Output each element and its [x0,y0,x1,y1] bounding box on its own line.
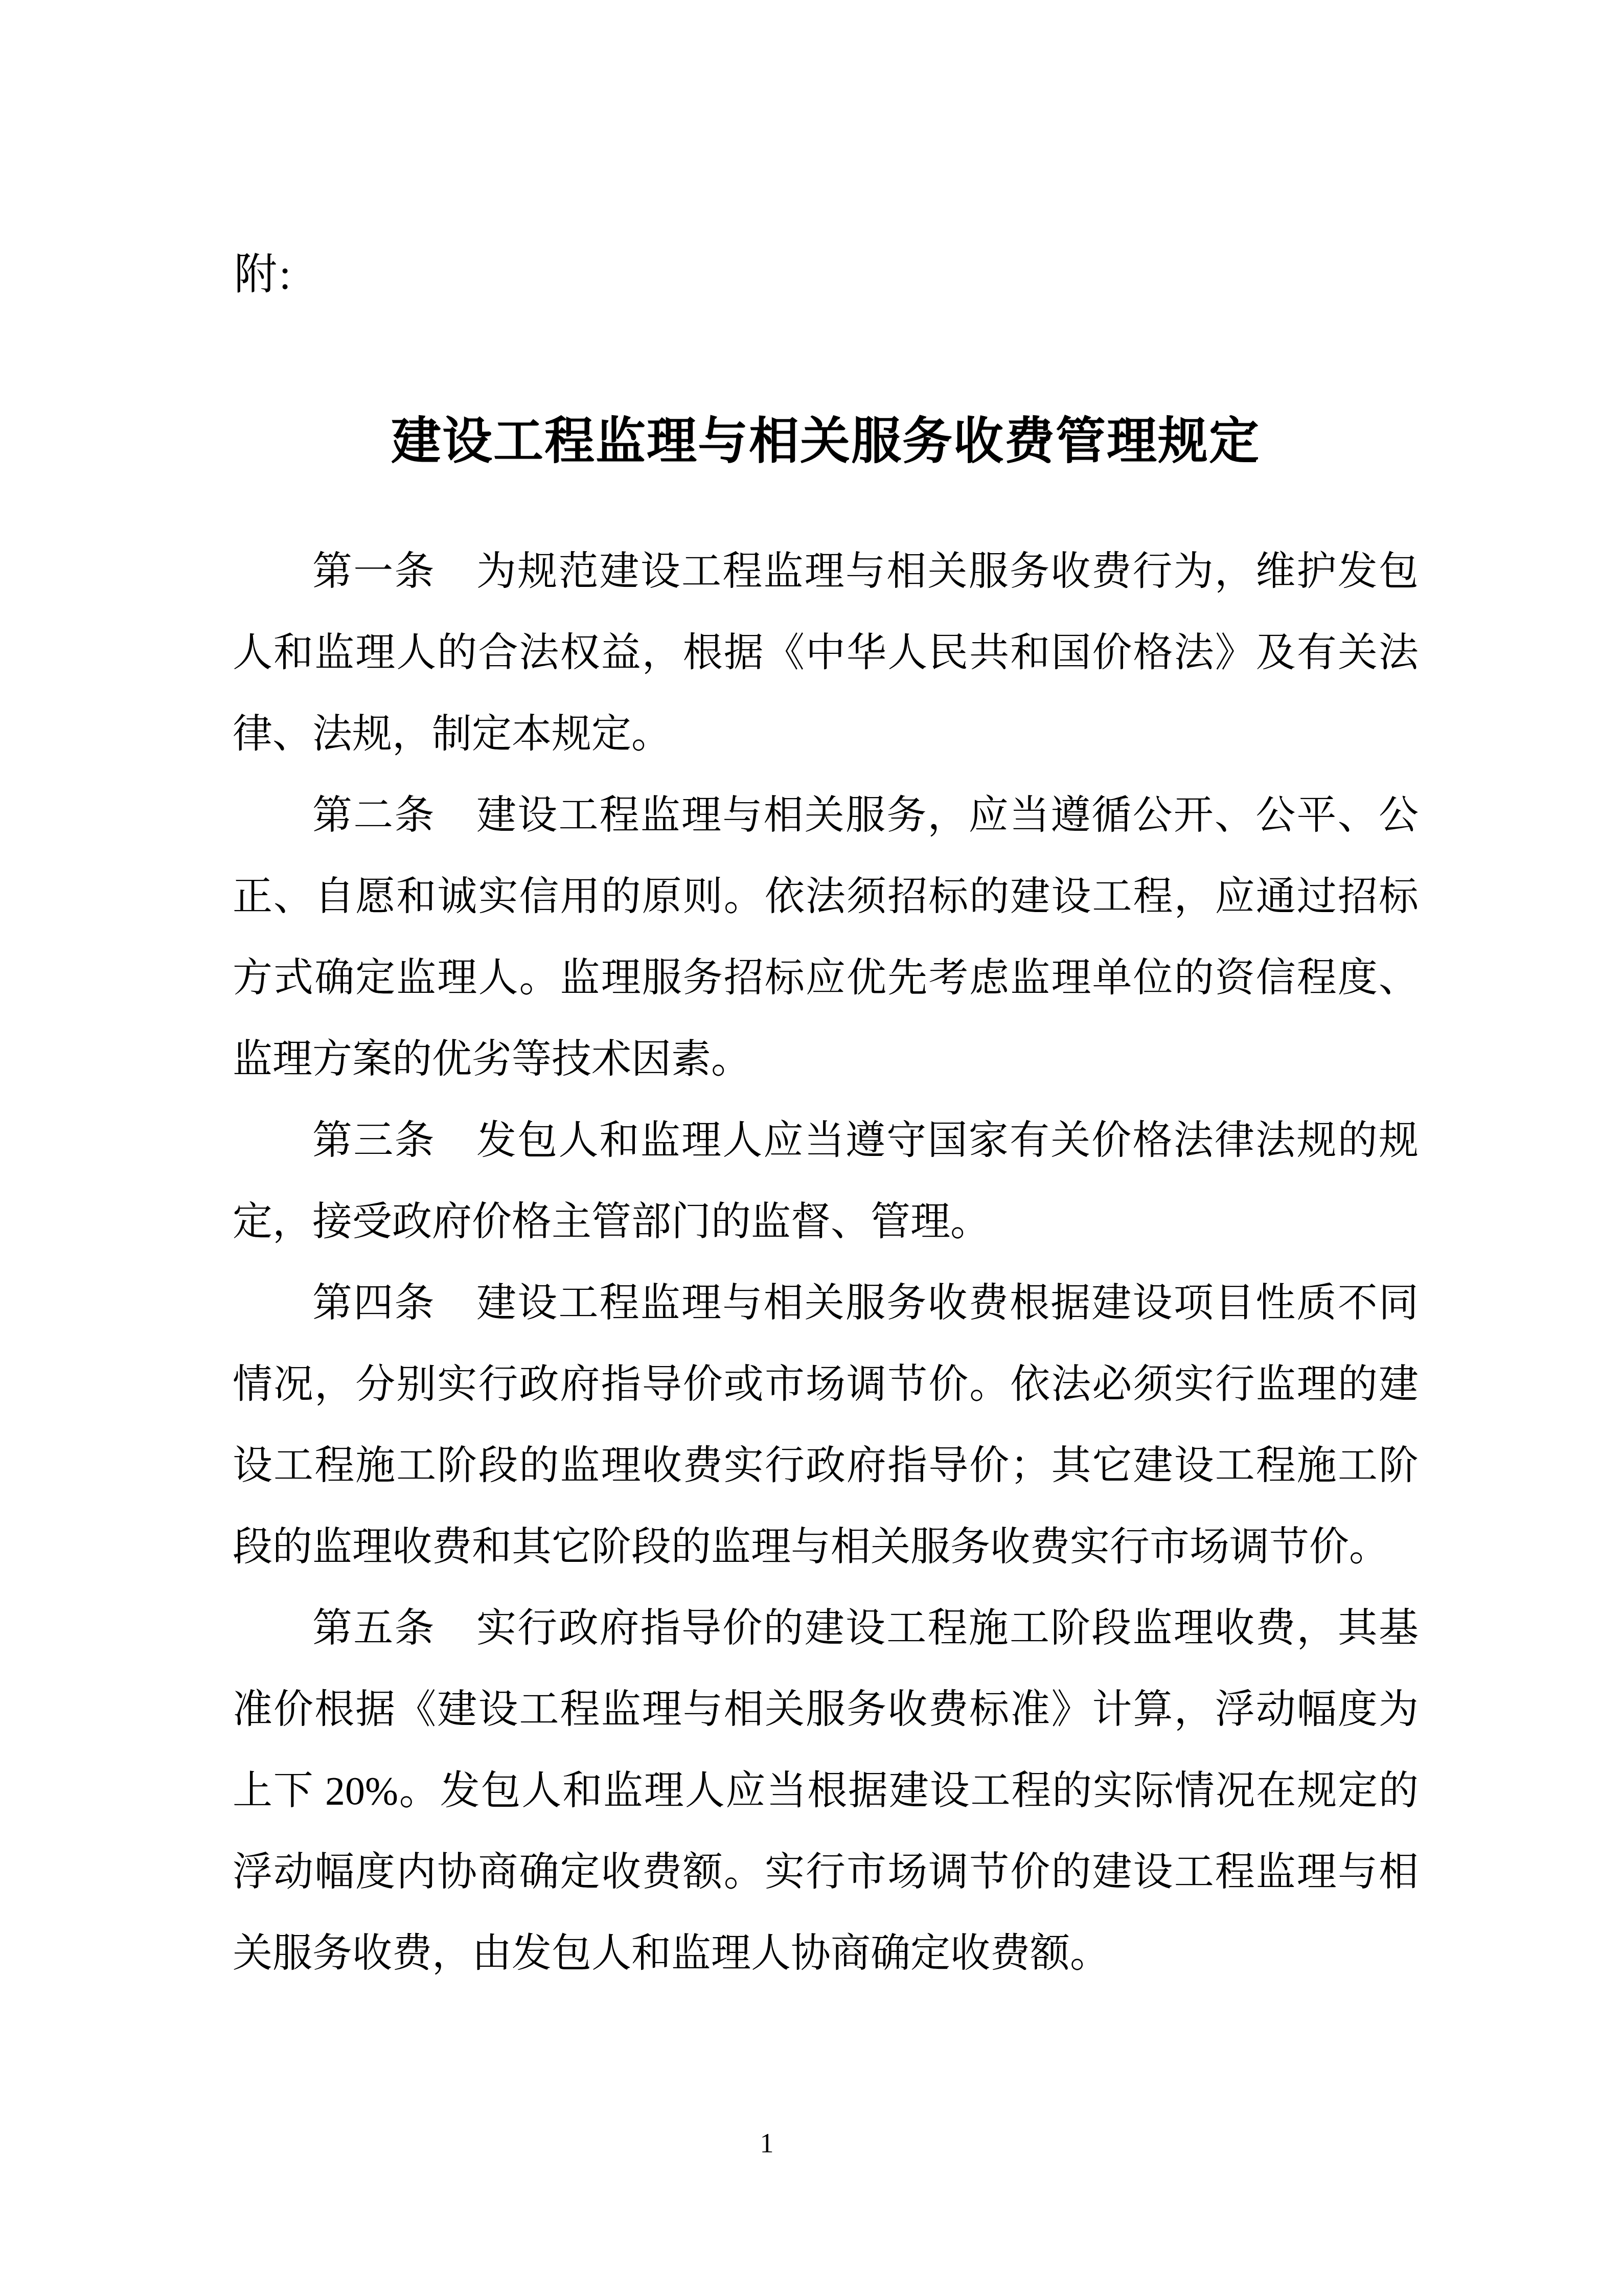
article-5-paragraph: 第五条 实行政府指导价的建设工程施工阶段监理收费，其基准价根据《建设工程监理与相… [233,1587,1419,1994]
document-body: 第一条 为规范建设工程监理与相关服务收费行为，维护发包人和监理人的合法权益，根据… [233,531,1419,1994]
article-4-paragraph: 第四条 建设工程监理与相关服务收费根据建设项目性质不同情况，分别实行政府指导价或… [233,1262,1419,1587]
article-3-paragraph: 第三条 发包人和监理人应当遵守国家有关价格法律法规的规定，接受政府价格主管部门的… [233,1100,1419,1262]
page-number: 1 [0,2127,1534,2160]
document-page: 附: 建设工程监理与相关服务收费管理规定 第一条 为规范建设工程监理与相关服务收… [0,0,1623,2296]
document-title: 建设工程监理与相关服务收费管理规定 [233,411,1419,471]
article-2-paragraph: 第二条 建设工程监理与相关服务，应当遵循公开、公平、公正、自愿和诚实信用的原则。… [233,775,1419,1100]
article-1-paragraph: 第一条 为规范建设工程监理与相关服务收费行为，维护发包人和监理人的合法权益，根据… [233,531,1419,775]
attachment-label: 附: [234,252,293,299]
